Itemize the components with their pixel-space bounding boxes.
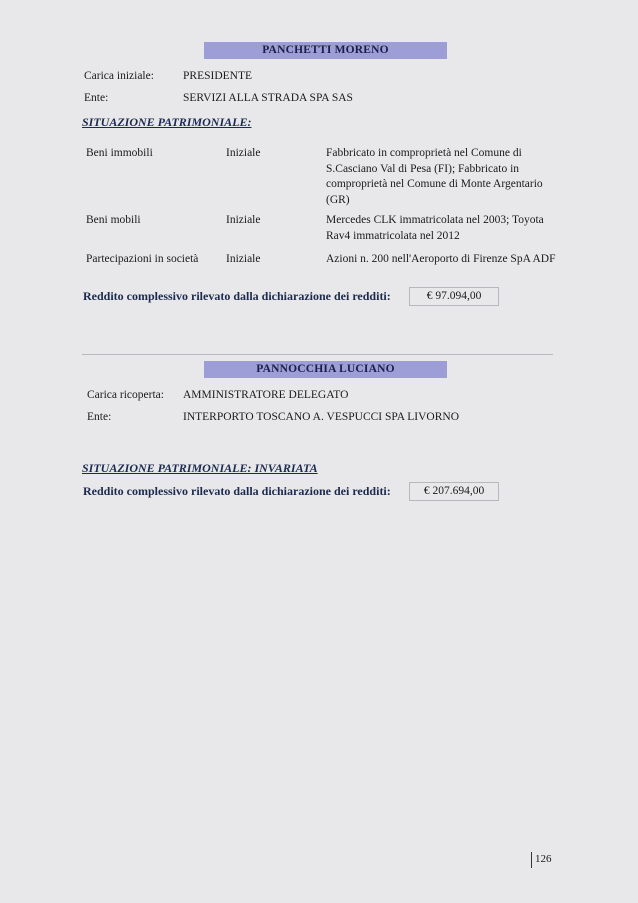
asset-category: Partecipazioni in società <box>86 252 198 268</box>
asset-status: Iniziale <box>226 252 260 268</box>
page-number-bar <box>531 852 532 868</box>
carica-value: PRESIDENTE <box>183 70 252 82</box>
ente-value: SERVIZI ALLA STRADA SPA SAS <box>183 92 353 104</box>
asset-description: Mercedes CLK immatricolata nel 2003; Toy… <box>326 213 561 244</box>
reddito-value: € 207.694,00 <box>409 482 499 501</box>
asset-status: Iniziale <box>226 146 260 162</box>
asset-description: Azioni n. 200 nell'Aeroporto di Firenze … <box>326 252 586 268</box>
ente-value: INTERPORTO TOSCANO A. VESPUCCI SPA LIVOR… <box>183 411 459 423</box>
carica-label: Carica ricoperta: <box>87 389 164 401</box>
situazione-heading: SITUAZIONE PATRIMONIALE: <box>82 115 251 130</box>
carica-value: AMMINISTRATORE DELEGATO <box>183 389 348 401</box>
ente-label: Ente: <box>87 411 111 423</box>
asset-status: Iniziale <box>226 213 260 229</box>
situazione-heading: SITUAZIONE PATRIMONIALE: INVARIATA <box>82 461 318 476</box>
reddito-label: Reddito complessivo rilevato dalla dichi… <box>83 484 391 499</box>
asset-category: Beni immobili <box>86 146 153 162</box>
reddito-label: Reddito complessivo rilevato dalla dichi… <box>83 289 391 304</box>
ente-label: Ente: <box>84 92 108 104</box>
carica-label: Carica iniziale: <box>84 70 154 82</box>
person-name-band: PANNOCCHIA LUCIANO <box>204 361 447 378</box>
section-divider <box>82 354 553 355</box>
person-name-band: PANCHETTI MORENO <box>204 42 447 59</box>
page-number: 126 <box>535 853 552 865</box>
reddito-value: € 97.094,00 <box>409 287 499 306</box>
asset-category: Beni mobili <box>86 213 141 229</box>
asset-description: Fabbricato in comproprietà nel Comune di… <box>326 146 561 208</box>
